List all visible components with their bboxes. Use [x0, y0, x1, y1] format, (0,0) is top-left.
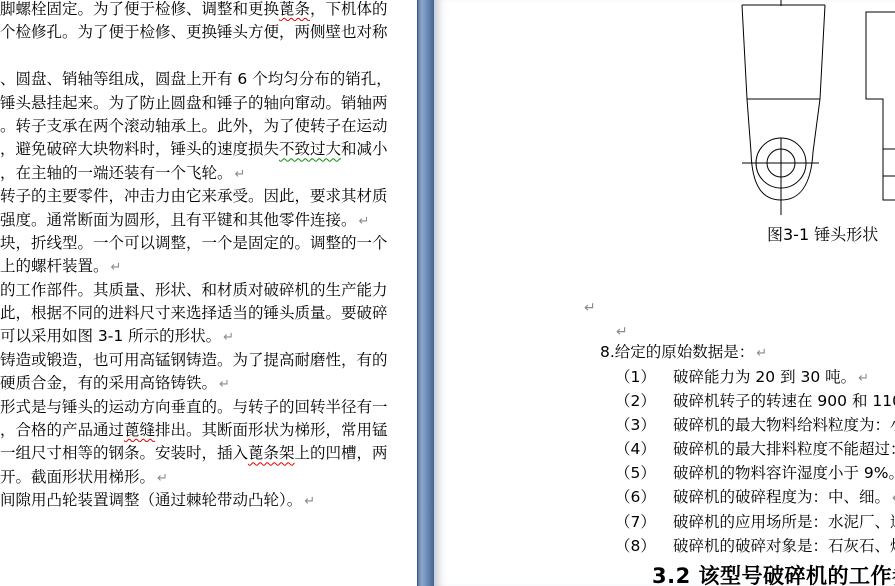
- item-number: （4）: [615, 438, 673, 462]
- text-segment: 上的螺杆装置。: [0, 257, 109, 275]
- list-item: （1）破碎能力为 20 到 30 吨。↵: [615, 366, 895, 391]
- text-segment: 和减小: [341, 140, 388, 158]
- left-page-text: 脚螺栓固定。为了便于检修、调整和更换蓖条，下机体的个检修孔。为了便于检修、更换锤…: [0, 0, 420, 513]
- text-segment: ，避免破碎大块物料时，锤头的速度损失: [0, 140, 279, 158]
- paragraph-mark: ↵: [858, 371, 869, 386]
- text-line: 。转子支承在两个滚动轴承上。此外，为了使转子在运动: [0, 115, 420, 138]
- text-line: 转子的主要零件，冲击力由它来承受。因此，要求其材质: [0, 185, 420, 208]
- paragraph-mark: ↵: [219, 377, 230, 392]
- spellcheck-underlined-text: 蓖条架: [248, 444, 295, 462]
- text-segment: 此，根据不同的进料尺寸来选择适当的锤头质量。要破碎: [0, 304, 388, 322]
- list-item: （4）破碎机的最大排料粒度不能超过：: [615, 438, 895, 462]
- hammer-diagram: [720, 0, 895, 220]
- text-line: ，在主轴的一端还装有一个飞轮。↵: [0, 162, 420, 185]
- item-text: 破碎机的最大排料粒度不能超过：: [673, 440, 895, 458]
- page-divider[interactable]: [417, 0, 434, 586]
- paragraph-mark: ↵: [157, 471, 168, 486]
- hammer-outline: [742, 5, 825, 200]
- text-line: ，避免破碎大块物料时，锤头的速度损失不致过大和减小: [0, 138, 420, 161]
- text-line: 可以采用如图 3-1 所示的形状。↵: [0, 325, 420, 348]
- text-segment: 块，折线型。一个可以调整，一个是固定的。调整的一个: [0, 234, 388, 252]
- list-intro: 8.给定的原始数据是：↵: [600, 341, 895, 366]
- text-line: 的工作部件。其质量、形状、和材质对破碎机的生产能力: [0, 279, 420, 302]
- text-segment: 一组尺寸相等的钢条。安装时，插入: [0, 444, 248, 462]
- paragraph-mark: ↵: [111, 260, 122, 275]
- text-segment: 、圆盘、销轴等组成，圆盘上开有 6 个均匀分布的销孔，: [0, 70, 392, 88]
- text-line: 上的螺杆装置。↵: [0, 255, 420, 278]
- text-segment: 硬质合金，有的采用高铬铸铁。: [0, 374, 217, 392]
- left-page[interactable]: 脚螺栓固定。为了便于检修、调整和更换蓖条，下机体的个检修孔。为了便于检修、更换锤…: [0, 0, 417, 586]
- text-segment: 锤头悬挂起来。为了防止圆盘和锤子的轴向窜动。销轴两: [0, 94, 388, 112]
- text-segment: 个检修孔。为了便于检修、更换锤头方便，两侧壁也对称: [0, 23, 388, 41]
- item-number: （6）: [615, 486, 673, 510]
- text-segment: 铸造或锻造，也可用高锰钢铸造。为了提高耐磨性，有的: [0, 351, 388, 369]
- text-line: ，合格的产品通过蓖缝排出。其断面形状为梯形，常用锰: [0, 419, 420, 442]
- text-line: 块，折线型。一个可以调整，一个是固定的。调整的一个: [0, 232, 420, 255]
- paragraph-mark: ↵: [223, 330, 234, 345]
- text-line: 硬质合金，有的采用高铬铸铁。↵: [0, 372, 420, 395]
- paragraph-mark: ↵: [359, 214, 370, 229]
- list-item: （2）破碎机转子的转速在 900 和 1100 r: [615, 390, 895, 414]
- spellcheck-underlined-text: 蓖条: [279, 0, 310, 18]
- paragraph-mark: ↵: [584, 301, 596, 315]
- item-text: 破碎能力为 20 到 30 吨。: [673, 368, 856, 386]
- item-text: 破碎机的最大物料给料粒度为：小: [673, 416, 895, 434]
- hammer-side-view: [866, 12, 895, 200]
- text-line: 脚螺栓固定。为了便于检修、调整和更换蓖条，下机体的: [0, 0, 420, 21]
- list-item: （3）破碎机的最大物料给料粒度为：小: [615, 414, 895, 438]
- right-page[interactable]: 图3-1 锤头形状 ↵ ↵ 8.给定的原始数据是：↵ （1）破碎能力为 20 到…: [434, 0, 895, 586]
- text-segment: 上的凹槽，两: [295, 444, 388, 462]
- item-number: （7）: [615, 511, 673, 535]
- text-segment: 形式是与锤头的运动方向垂直的。与转子的回转半径有一: [0, 398, 388, 416]
- paragraph-mark: ↵: [235, 167, 246, 182]
- text-line: [0, 45, 420, 68]
- item-number: （2）: [615, 390, 673, 414]
- list-item: （8）破碎机的破碎对象是：石灰石、煤: [615, 535, 895, 559]
- text-line: 锤头悬挂起来。为了防止圆盘和锤子的轴向窜动。销轴两: [0, 92, 420, 115]
- spellcheck-underlined-text: 蓖缝: [124, 421, 155, 439]
- paragraph-mark: ↵: [756, 346, 767, 361]
- text-line: 此，根据不同的进料尺寸来选择适当的锤头质量。要破碎: [0, 302, 420, 325]
- item-text: 破碎机的破碎程度为：中、细。: [673, 488, 890, 506]
- item-number: （5）: [615, 462, 673, 486]
- text-line: 、圆盘、销轴等组成，圆盘上开有 6 个均匀分布的销孔，: [0, 68, 420, 91]
- text-segment: 开。截面形状用梯形。: [0, 468, 155, 486]
- item-text: 破碎机的应用场所是：水泥厂、选: [673, 513, 895, 531]
- item-text: 破碎机的物料容许湿度小于 9%。: [673, 464, 895, 482]
- text-line: 间隙用凸轮装置调整（通过棘轮带动凸轮）。↵: [0, 489, 420, 512]
- list-item: （7）破碎机的应用场所是：水泥厂、选: [615, 511, 895, 535]
- text-segment: 脚螺栓固定。为了便于检修、调整和更换: [0, 0, 279, 18]
- item-text: 破碎机的破碎对象是：石灰石、煤: [673, 537, 895, 555]
- spellcheck-underlined-text: 不致过大: [279, 140, 341, 158]
- item-number: （8）: [615, 535, 673, 559]
- list-item: （5）破碎机的物料容许湿度小于 9%。↵: [615, 462, 895, 487]
- section-heading: 3.2 该型号破碎机的工作参: [652, 560, 895, 586]
- item-text: 破碎机转子的转速在 900 和 1100 r: [673, 392, 895, 410]
- figure-caption: 图3-1 锤头形状: [767, 222, 878, 245]
- text-segment: ，合格的产品通过: [0, 421, 124, 439]
- text-segment: ，在主轴的一端还装有一个飞轮。: [0, 164, 233, 182]
- text-segment: 强度。通常断面为圆形，且有平键和其他零件连接。: [0, 211, 357, 229]
- text-segment: ，下机体的: [310, 0, 388, 18]
- text-segment: 转子的主要零件，冲击力由它来承受。因此，要求其材质: [0, 187, 388, 205]
- text-segment: 间隙用凸轮装置调整（通过棘轮带动凸轮）。: [0, 491, 302, 509]
- text-segment: 的工作部件。其质量、形状、和材质对破碎机的生产能力: [0, 281, 388, 299]
- text-line: 形式是与锤头的运动方向垂直的。与转子的回转半径有一: [0, 396, 420, 419]
- text-line: 强度。通常断面为圆形，且有平键和其他零件连接。↵: [0, 209, 420, 232]
- item-number: （1）: [615, 366, 673, 390]
- paragraph-mark: ↵: [304, 494, 315, 509]
- item-number: （3）: [615, 414, 673, 438]
- text-segment: 排出。其断面形状为梯形，常用锰: [155, 421, 388, 439]
- spec-list: 8.给定的原始数据是：↵ （1）破碎能力为 20 到 30 吨。↵（2）破碎机转…: [600, 341, 895, 558]
- text-line: 开。截面形状用梯形。↵: [0, 466, 420, 489]
- text-line: 一组尺寸相等的钢条。安装时，插入蓖条架上的凹槽，两: [0, 442, 420, 465]
- paragraph-mark: ↵: [616, 325, 628, 339]
- text-segment: 。转子支承在两个滚动轴承上。此外，为了使转子在运动: [0, 117, 388, 135]
- text-line: 铸造或锻造，也可用高锰钢铸造。为了提高耐磨性，有的: [0, 349, 420, 372]
- list-item: （6）破碎机的破碎程度为：中、细。↵: [615, 486, 895, 511]
- text-segment: 可以采用如图 3-1 所示的形状。: [0, 327, 221, 345]
- text-line: 个检修孔。为了便于检修、更换锤头方便，两侧壁也对称: [0, 21, 420, 44]
